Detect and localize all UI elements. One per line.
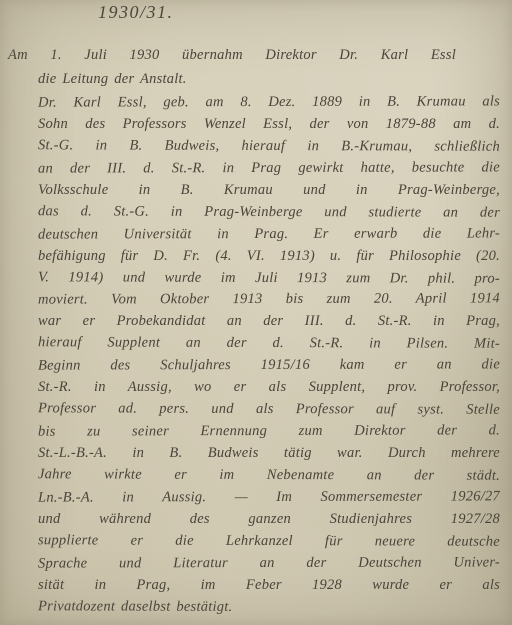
year-heading: 1930/31. — [98, 2, 174, 23]
text-line: Beginn des Schuljahres 1915/16 kam er an… — [38, 355, 500, 378]
text-line: Jahre wirkte er im Nebenamte an der städ… — [38, 464, 500, 487]
biography-paragraph: Dr. Karl Essl, geb. am 8. Dez. 1889 in B… — [8, 92, 500, 619]
manuscript-page: 1930/31. Am 1. Juli 1930 übernahm Direkt… — [0, 0, 512, 625]
text-line: Sohn des Professors Wenzel Essl, der von… — [38, 114, 500, 136]
text-line: sität in Prag, im Feber 1928 wurde er al… — [38, 575, 500, 597]
text-line: bis zu seiner Ernennung zum Direktor der… — [38, 420, 500, 443]
text-line: supplierte er die Lehrkanzel für neuere … — [38, 530, 500, 553]
text-line: Ln.-B.-A. in Aussig. — Im Sommersemester… — [38, 486, 500, 509]
text-line: Professor ad. pers. und als Professor au… — [38, 398, 500, 421]
text-line: war er Probekandidat an der III. d. St.-… — [38, 311, 500, 333]
text-line: an der III. d. St.-R. in Prag gewirkt ha… — [38, 157, 500, 180]
text-line: Privatdozent daselbst bestätigt. — [38, 596, 500, 619]
text-line: V. 1914) und wurde im Juli 1913 zum Dr. … — [38, 267, 500, 290]
intro-line: die Leitung der Anstalt. — [38, 67, 498, 91]
text-line: moviert. Vom Oktober 1913 bis zum 20. Ap… — [38, 289, 500, 312]
text-line: und während des ganzen Studienjahres 192… — [38, 509, 500, 531]
text-line: St.-G. in B. Budweis, hierauf in B.-Krum… — [38, 135, 500, 158]
text-line: Volksschule in B. Krumau und in Prag-Wei… — [38, 180, 500, 202]
text-line: Sprache und Literatur an der Deutschen U… — [38, 552, 500, 575]
intro-line: Am 1. Juli 1930 übernahm Direktor Dr. Ka… — [8, 43, 456, 67]
text-line: deutschen Universität in Prag. Er erwarb… — [38, 223, 500, 246]
text-line: St.-L.-B.-A. in B. Budweis tätig war. Du… — [38, 443, 500, 465]
text-line: das d. St.-G. in Prag-Weinberge und stud… — [38, 201, 500, 224]
text-line: Dr. Karl Essl, geb. am 8. Dez. 1889 in B… — [38, 91, 500, 114]
text-line: St.-R. in Aussig, wo er als Supplent, pr… — [38, 377, 500, 399]
text-line: hierauf Supplent an der d. St.-R. in Pil… — [38, 333, 500, 356]
text-line: befähigung für D. Fr. (4. VI. 1913) u. f… — [38, 246, 500, 268]
intro-paragraph: Am 1. Juli 1930 übernahm Direktor Dr. Ka… — [8, 43, 498, 91]
